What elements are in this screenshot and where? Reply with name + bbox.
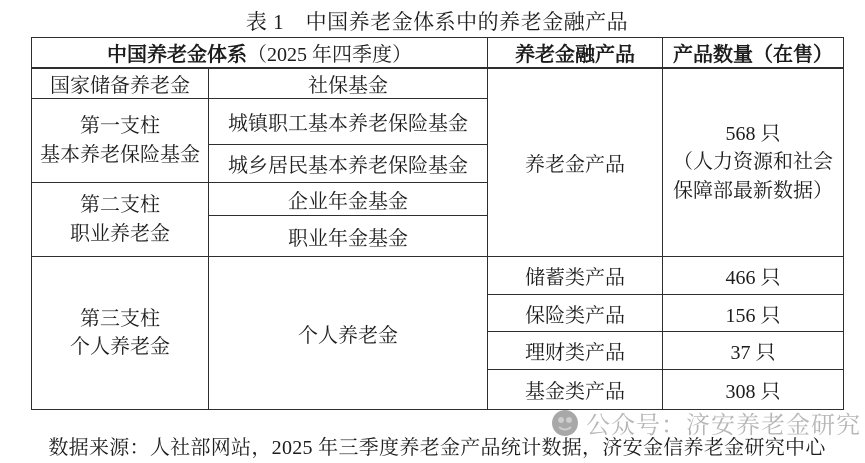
pension-products-table: 中国养老金体系（2025 年四季度） 养老金融产品 产品数量（在售） 国家储备养… <box>31 37 844 410</box>
cell-wealth-management-count: 37 只 <box>663 332 844 370</box>
table-header-row: 中国养老金体系（2025 年四季度） 养老金融产品 产品数量（在售） <box>32 38 844 69</box>
header-pension-system: 中国养老金体系（2025 年四季度） <box>32 38 488 69</box>
cell-insurance-count: 156 只 <box>663 295 844 332</box>
page-title: 表 1 中国养老金体系中的养老金融产品 <box>31 6 843 36</box>
cell-fund-products: 基金类产品 <box>488 370 663 410</box>
cell-pillar2-label: 第二支柱 职业养老金 <box>32 183 209 257</box>
cell-savings-count: 466 只 <box>663 257 844 295</box>
data-source-note: 数据来源：人社部网站，2025 年三季度养老金产品统计数据，济安金信养老金研究中… <box>31 431 843 460</box>
cell-insurance-products: 保险类产品 <box>488 295 663 332</box>
header-pension-system-period: （2025 年四季度） <box>247 44 412 66</box>
cell-fund-count: 308 只 <box>663 370 844 410</box>
cell-enterprise-annuity-fund: 企业年金基金 <box>209 183 488 216</box>
header-financial-products: 养老金融产品 <box>488 38 663 69</box>
cell-savings-products: 储蓄类产品 <box>488 257 663 295</box>
cell-urban-employee-fund: 城镇职工基本养老保险基金 <box>209 99 488 145</box>
cell-pension-product-count: 568 只 （人力资源和社会 保障部最新数据） <box>663 68 844 257</box>
cell-pension-product-label: 养老金产品 <box>488 68 663 257</box>
cell-personal-pension: 个人养老金 <box>209 257 488 410</box>
cell-pillar1-label: 第一支柱 基本养老保险基金 <box>32 99 209 183</box>
cell-national-reserve: 国家储备养老金 <box>32 68 209 99</box>
table-row: 第三支柱 个人养老金 个人养老金 储蓄类产品 466 只 <box>32 257 844 295</box>
cell-occupational-annuity-fund: 职业年金基金 <box>209 216 488 257</box>
cell-wealth-management-products: 理财类产品 <box>488 332 663 370</box>
header-pension-system-name: 中国养老金体系 <box>107 44 247 66</box>
cell-social-security-fund: 社保基金 <box>209 68 488 99</box>
header-product-count: 产品数量（在售） <box>663 38 844 69</box>
cell-urban-rural-resident-fund: 城乡居民基本养老保险基金 <box>209 145 488 183</box>
cell-pillar3-label: 第三支柱 个人养老金 <box>32 257 209 410</box>
table-row: 国家储备养老金 社保基金 养老金产品 568 只 （人力资源和社会 保障部最新数… <box>32 68 844 99</box>
